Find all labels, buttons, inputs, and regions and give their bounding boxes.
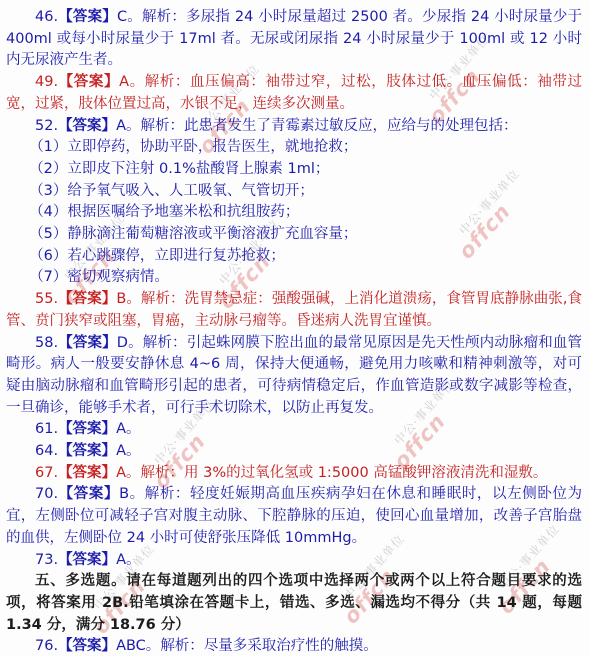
answer-tag: 【答案】 [58,9,117,25]
answer-key-page: 中公·事业单位offcn 中公·事业单位offcn 中公·事业单位offcn 中… [0,0,590,657]
analysis-text: 尽量多采取治疗性的触摸。 [204,638,378,654]
analysis-label: 解析： [143,335,187,351]
answer-number: 58. [35,335,58,351]
answer-tag: 【答案】 [58,638,116,654]
treatment-step-text: （6）若心跳骤停，立即进行复苏抢救； [29,248,285,264]
answer-letter: A。 [116,552,140,568]
answer-number: 67. [35,465,58,481]
treatment-step-2: （2）立即皮下注射 0.1%盐酸肾上腺素 1ml； [6,159,582,181]
answer-letter: C。 [117,9,142,25]
answer-item-55: 55.【答案】B。解析：洗胃禁忌症：强酸强碱，上消化道溃疡，食管胃底静脉曲张,食… [6,289,582,332]
answer-key-content: 46.【答案】C。解析：多尿指 24 小时尿量超过 2500 者。少尿指 24 … [0,0,590,657]
answer-letter: A。 [116,443,140,459]
answer-item-76: 76.【答案】ABC。解析：尽量多采取治疗性的触摸。 [6,636,582,657]
analysis-label: 解析： [140,465,184,481]
answer-tag: 【答案】 [58,74,119,90]
answer-letter: A。 [119,74,145,90]
treatment-step-text: （2）立即皮下注射 0.1%盐酸肾上腺素 1ml； [29,161,329,177]
treatment-step-7: （7）密切观察病情。 [6,267,582,289]
answer-item-58: 58.【答案】D。解析：引起蛛网膜下腔出血的最常见原因是先天性颅内动脉瘤和血管畸… [6,333,582,420]
answer-item-46: 46.【答案】C。解析：多尿指 24 小时尿量超过 2500 者。少尿指 24 … [6,7,582,72]
treatment-step-text: （7）密切观察病情。 [29,269,169,285]
answer-item-52: 52.【答案】A。解析：此患者发生了青霉素过敏反应，应给与的处理包括： [6,116,582,138]
treatment-step-6: （6）若心跳骤停，立即进行复苏抢救； [6,246,582,268]
answer-item-64: 64.【答案】A。 [6,441,582,463]
treatment-step-text: （4）根据医嘱给予地塞米松和抗组胺药； [29,204,299,220]
answer-letter: A。 [116,465,140,481]
analysis-text: 此患者发生了青霉素过敏反应，应给与的处理包括： [184,118,518,134]
answer-tag: 【答案】 [58,443,116,459]
answer-tag: 【答案】 [58,486,119,502]
treatment-step-text: （1）立即停药，协助平卧，报告医生，就地抢救； [29,139,357,155]
answer-number: 46. [35,9,58,25]
treatment-step-3: （3）给予氧气吸入、人工吸氧、气管切开； [6,181,582,203]
answer-item-70: 70.【答案】B。解析：轻度妊娠期高血压疾病孕妇在休息和睡眠时，以左侧卧位为宜，… [6,484,582,549]
answer-tag: 【答案】 [58,291,116,307]
answer-letter: D。 [117,335,143,351]
treatment-step-text: （5）静脉滴注葡萄糖溶液或平衡溶液扩充血容量； [29,226,357,242]
answer-number: 70. [35,486,58,502]
analysis-label: 解析： [142,9,186,25]
answer-tag: 【答案】 [58,465,116,481]
answer-letter: ABC。 [116,638,160,654]
answer-tag: 【答案】 [58,335,117,351]
analysis-text: 用 3%的过氧化氢或 1:5000 高锰酸钾溶液清洗和湿敷。 [184,465,547,481]
answer-item-61: 61.【答案】A。 [6,419,582,441]
analysis-label: 解析： [141,291,185,307]
answer-tag: 【答案】 [58,552,116,568]
answer-number: 52. [35,118,58,134]
answer-number: 61. [35,421,58,437]
answer-letter: B。 [116,291,141,307]
answer-number: 49. [35,74,58,90]
analysis-label: 解析： [160,638,204,654]
answer-number: 55. [35,291,58,307]
answer-letter: A。 [116,118,140,134]
answer-number: 76. [35,638,58,654]
treatment-step-text: （3）给予氧气吸入、人工吸氧、气管切开； [29,183,314,199]
treatment-step-5: （5）静脉滴注葡萄糖溶液或平衡溶液扩充血容量； [6,224,582,246]
treatment-step-4: （4）根据医嘱给予地塞米松和抗组胺药； [6,202,582,224]
analysis-label: 解析： [145,74,190,90]
answer-tag: 【答案】 [58,421,116,437]
answer-letter: A。 [116,421,140,437]
answer-item-67: 67.【答案】A。解析：用 3%的过氧化氢或 1:5000 高锰酸钾溶液清洗和湿… [6,463,582,485]
treatment-step-1: （1）立即停药，协助平卧，报告医生，就地抢救； [6,137,582,159]
section-header-multiple-choice: 五、多选题。请在每道题列出的四个选项中选择两个或两个以上符合题目要求的选项，将答… [6,571,582,636]
answer-number: 64. [35,443,58,459]
section-title: 五、多选题。 [35,573,126,589]
answer-letter: B。 [119,486,145,502]
answer-item-73: 73.【答案】A。 [6,550,582,572]
answer-tag: 【答案】 [58,118,116,134]
answer-item-49: 49.【答案】A。解析：血压偏高：袖带过窄，过松，肢体过低。血压偏低：袖带过宽，… [6,72,582,115]
answer-number: 73. [35,552,58,568]
analysis-label: 解析： [145,486,190,502]
analysis-label: 解析： [140,118,184,134]
